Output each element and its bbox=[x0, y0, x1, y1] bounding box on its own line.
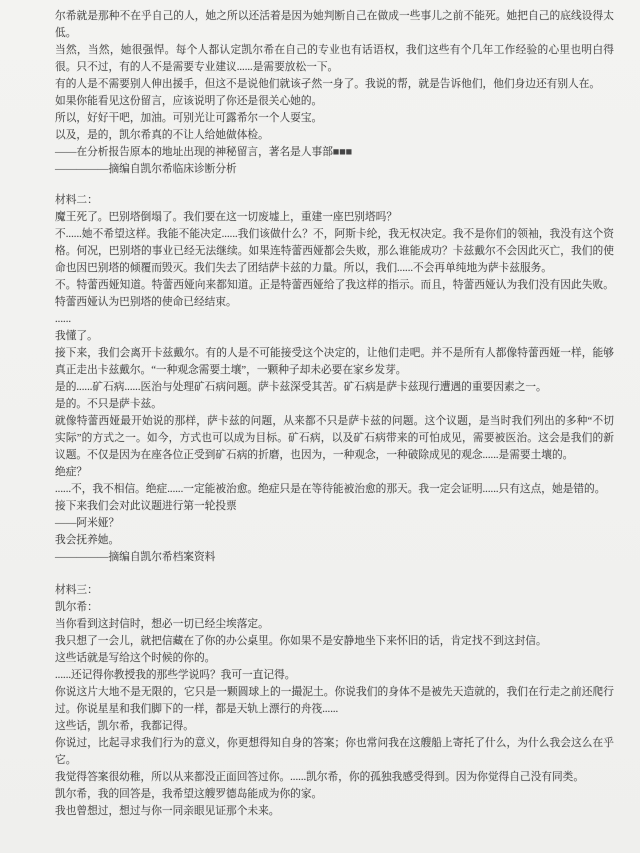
passage-paragraph: 我也曾想过，想过与你一同亲眼见证那个未来。 bbox=[55, 803, 614, 820]
passage-paragraph: 魔王死了。巴别塔倒塌了。我们要在这一切废墟上，重建一座巴别塔吗？ bbox=[55, 209, 614, 226]
material-two-section: 材料二： 魔王死了。巴别塔倒塌了。我们要在这一切废墟上，重建一座巴别塔吗？ 不.… bbox=[55, 192, 614, 566]
passage-paragraph: 不......她不希望这样。我能不能决定......我们该做什么？不，阿斯卡纶，… bbox=[55, 226, 614, 277]
passage-paragraph: 不。特蕾西娅知道。特蕾西娅向来都知道。正是特蕾西娅给了我这样的指示。而且，特蕾西… bbox=[55, 277, 614, 311]
passage-paragraph: 尔希就是那种不在乎自己的人，她之所以还活着是因为她判断自己在做成一些事儿之前不能… bbox=[55, 8, 614, 42]
passage-paragraph: 接下来我们会对此议题进行第一轮投票 bbox=[55, 498, 614, 515]
passage-paragraph: 你说这片大地不是无限的，它只是一颗圆球上的一撮泥土。你说我们的身体不是被先天造就… bbox=[55, 684, 614, 718]
attribution-source: —————摘编自凯尔希临床诊断分析 bbox=[55, 161, 614, 178]
material-two-heading: 材料二： bbox=[55, 192, 614, 209]
material-three-section: 材料三： 凯尔希： 当你看到这封信时，想必一切已经尘埃落定。 我只想了一会儿，就… bbox=[55, 582, 614, 820]
passage-paragraph: ...... bbox=[55, 311, 614, 328]
passage-paragraph: 接下来，我们会离开卡兹戴尔。有的人是不可能接受这个决定的，让他们走吧。并不是所有… bbox=[55, 345, 614, 379]
passage-paragraph: 这些话就是写给这个时候的你的。 bbox=[55, 650, 614, 667]
passage-paragraph: 所以，好好干吧，加油。可别光让可露希尔一个人耍宝。 bbox=[55, 110, 614, 127]
passage-paragraph: 我觉得答案很幼稚，所以从来都没正面回答过你。......凯尔希，你的孤独我感受得… bbox=[55, 769, 614, 786]
passage-paragraph: 是的......矿石病......医治与处理矿石病问题。萨卡兹深受其苦。矿石病是… bbox=[55, 379, 614, 396]
passage-paragraph: 凯尔希，我的回答是，我希望这艘罗德岛能成为你的家。 bbox=[55, 786, 614, 803]
passage-paragraph: 绝症？ bbox=[55, 464, 614, 481]
passage-paragraph: 我只想了一会儿，就把信藏在了你的办公桌里。你如果不是安静地坐下来怀旧的话，肯定找… bbox=[55, 633, 614, 650]
passage-paragraph: 有的人是不需要别人伸出援手，但这不是说他们就该孑然一身了。我说的帮，就是告诉他们… bbox=[55, 76, 614, 93]
document-page: 尔希就是那种不在乎自己的人，她之所以还活着是因为她判断自己在做成一些事儿之前不能… bbox=[0, 0, 640, 853]
passage-paragraph: 这些话，凯尔希，我都记得。 bbox=[55, 718, 614, 735]
material-one-section: 尔希就是那种不在乎自己的人，她之所以还活着是因为她判断自己在做成一些事儿之前不能… bbox=[55, 8, 614, 178]
passage-paragraph: 当你看到这封信时，想必一切已经尘埃落定。 bbox=[55, 616, 614, 633]
passage-paragraph: 我会抚养她。 bbox=[55, 532, 614, 549]
attribution-source: —————摘编自凯尔希档案资料 bbox=[55, 549, 614, 566]
passage-paragraph: ......不，我不相信。绝症......一定能被治愈。绝症只是在等待能被治愈的… bbox=[55, 481, 614, 498]
passage-paragraph: 以及，是的，凯尔希真的不让人给她做体检。 bbox=[55, 127, 614, 144]
passage-paragraph: 是的。不只是萨卡兹。 bbox=[55, 396, 614, 413]
passage-paragraph: ——阿米娅？ bbox=[55, 515, 614, 532]
passage-paragraph: 你说过，比起寻求我们行为的意义，你更想得知自身的答案；你也常问我在这艘船上寄托了… bbox=[55, 735, 614, 769]
letter-salutation: 凯尔希： bbox=[55, 599, 614, 616]
passage-paragraph: 就像特蕾西娅最开始说的那样，萨卡兹的问题，从来都不只是萨卡兹的问题。这个议题，是… bbox=[55, 413, 614, 464]
material-three-heading: 材料三： bbox=[55, 582, 614, 599]
passage-paragraph: 当然，当然，她很强悍。每个人都认定凯尔希在自己的专业也有话语权，我们这些有个几年… bbox=[55, 42, 614, 76]
passage-paragraph: 我懂了。 bbox=[55, 328, 614, 345]
passage-paragraph: 如果你能看见这份留言，应该说明了你还是很关心她的。 bbox=[55, 93, 614, 110]
passage-paragraph: ......还记得你教授我的那些学说吗？我可一直记得。 bbox=[55, 667, 614, 684]
attribution-note: ——在分析报告原本的地址出现的神秘留言，著名是人事部■■■ bbox=[55, 144, 614, 161]
